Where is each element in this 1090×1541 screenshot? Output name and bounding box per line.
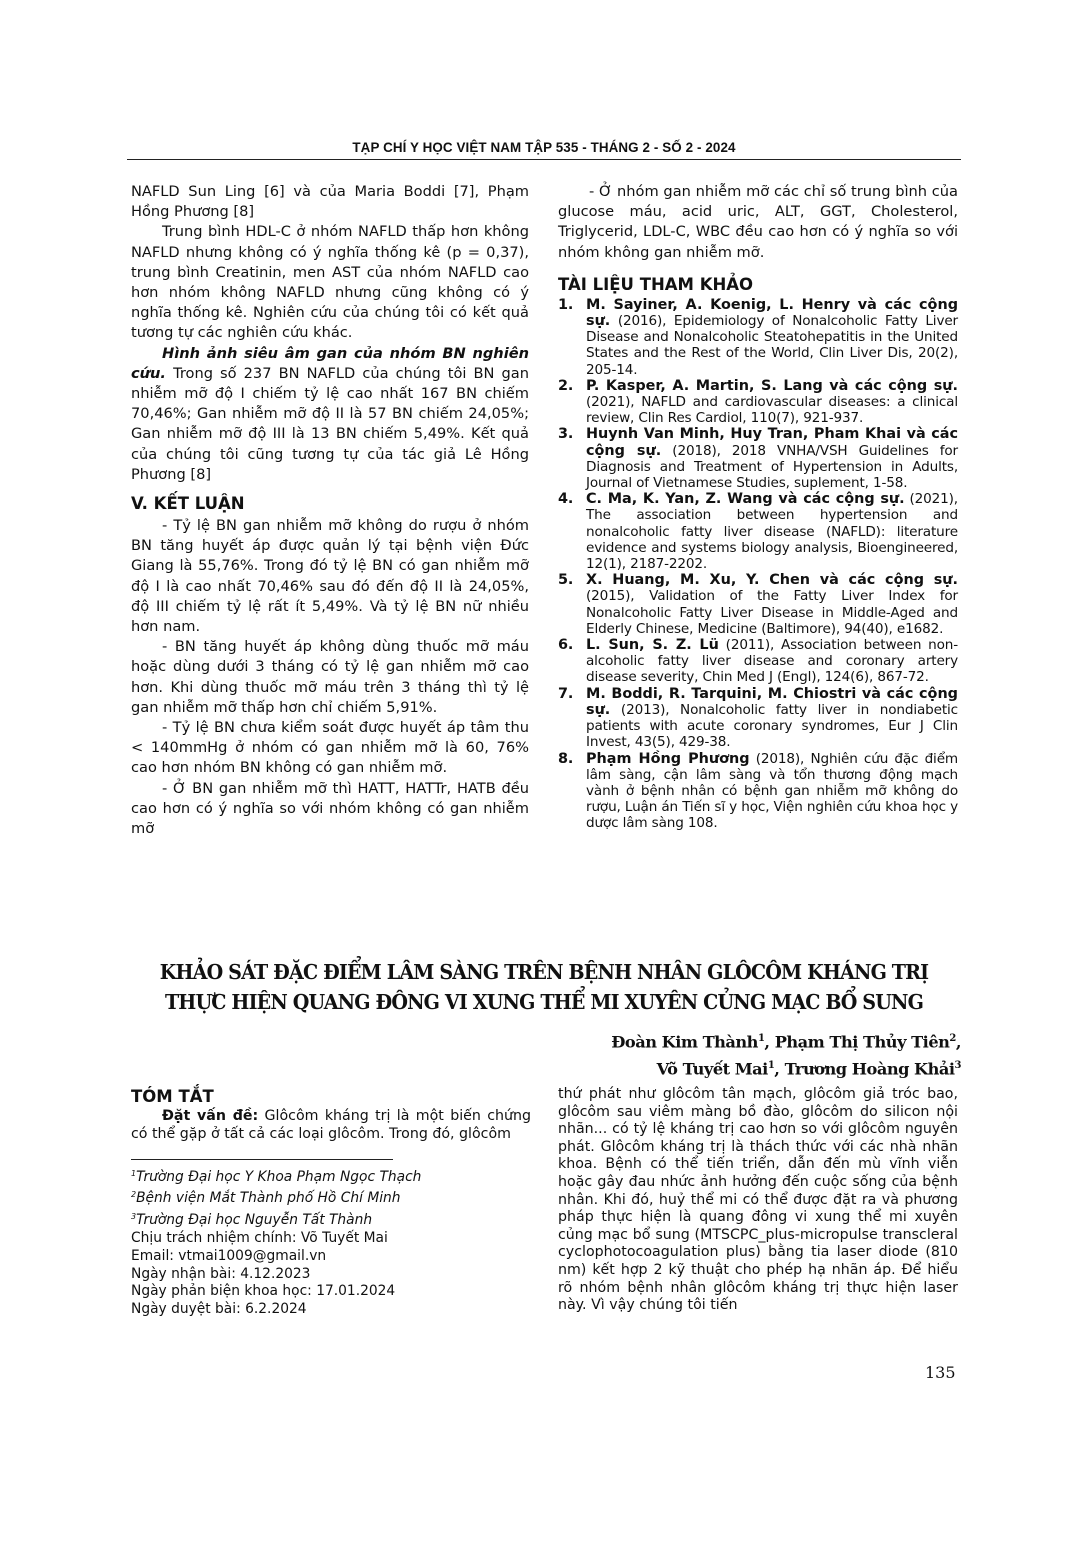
reference-item: 3.Huynh Van Minh, Huy Tran, Pham Khai và… [558,426,958,491]
reference-item: 1.M. Sayiner, A. Koenig, L. Henry và các… [558,297,958,378]
reference-number: 3. [558,426,573,442]
article-title-line: KHẢO SÁT ĐẶC ĐIỂM LÂM SÀNG TRÊN BỆNH NHÂ… [156,957,932,987]
reference-authors: P. Kasper, A. Martin, S. Lang và các cộn… [586,378,958,394]
author-separator: , [956,1032,961,1051]
abstract-paragraph: Đặt vấn đề: Glôcôm kháng trị là một biến… [131,1108,531,1144]
reference-details: (2016), Epidemiology of Nonalcoholic Fat… [586,313,958,378]
conclusion-item: - Ở BN gan nhiễm mỡ thì HATT, HATTr, HAT… [131,779,529,840]
reference-number: 2. [558,378,573,394]
conclusion-item: - Tỷ lệ BN chưa kiểm soát được huyết áp … [131,718,529,779]
article-title-line: THỰC HIỆN QUANG ĐÔNG VI XUNG THỂ MI XUYÊ… [156,987,932,1017]
reference-number: 7. [558,686,573,702]
abstract-paragraph: thứ phát như glôcôm tân mạch, glôcôm giả… [558,1086,958,1315]
received-date: Ngày nhận bài: 4.12.2023 [131,1266,531,1284]
reference-number: 4. [558,491,573,507]
footnotes: 1Trường Đại học Y Khoa Phạm Ngọc Thạch 2… [131,1165,531,1319]
accepted-date: Ngày duyệt bài: 6.2.2024 [131,1301,531,1319]
right-column: - Ở nhóm gan nhiễm mỡ các chỉ số trung b… [558,182,958,832]
reference-authors: L. Sun, S. Z. Lü [586,637,719,653]
review-date: Ngày phản biện khoa học: 17.01.2024 [131,1283,531,1301]
corresponding-author: Chịu trách nhiệm chính: Võ Tuyết Mai [131,1230,531,1248]
abstract-heading: TÓM TẮT [131,1087,531,1107]
reference-item: 4.C. Ma, K. Yan, Z. Wang và các cộng sự.… [558,491,958,572]
conclusion-item: - BN tăng huyết áp không dùng thuốc mỡ m… [131,637,529,718]
reference-authors: X. Huang, M. Xu, Y. Chen và các cộng sự. [586,572,958,588]
affiliation-marker: 3 [955,1060,961,1071]
author-line: Võ Tuyết Mai1, Trương Hoàng Khải3 [611,1054,961,1081]
paragraph: NAFLD Sun Ling [6] và của Maria Boddi [7… [131,182,529,222]
conclusion-item: - Tỷ lệ BN gan nhiễm mỡ không do rượu ở … [131,516,529,637]
author-name: Đoàn Kim Thành [611,1032,758,1051]
reference-item: 8.Phạm Hồng Phương (2018), Nghiên cứu đặ… [558,751,958,832]
reference-list: 1.M. Sayiner, A. Koenig, L. Henry và các… [558,297,958,832]
affiliation-1: 1Trường Đại học Y Khoa Phạm Ngọc Thạch [131,1165,531,1187]
paragraph-body: Trong số 237 BN NAFLD của chúng tôi BN g… [131,365,529,483]
author-list: Đoàn Kim Thành1, Phạm Thị Thủy Tiên2, Võ… [611,1027,961,1082]
author-separator: , [774,1060,784,1079]
author-name: Võ Tuyết Mai [657,1060,768,1079]
reference-number: 5. [558,572,573,588]
reference-authors: C. Ma, K. Yan, Z. Wang và các cộng sự. [586,491,905,507]
author-name: Phạm Thị Thủy Tiên [775,1032,950,1051]
reference-item: 2.P. Kasper, A. Martin, S. Lang và các c… [558,378,958,427]
paragraph: Trung bình HDL-C ở nhóm NAFLD thấp hơn k… [131,222,529,343]
abstract-right-column: thứ phát như glôcôm tân mạch, glôcôm giả… [558,1086,958,1315]
paragraph: Hình ảnh siêu âm gan của nhóm BN nghiên … [131,344,529,485]
conclusion-item: - Ở nhóm gan nhiễm mỡ các chỉ số trung b… [558,182,958,263]
affiliation-2: 2Bệnh viện Mắt Thành phố Hồ Chí Minh [131,1186,531,1208]
journal-page: TẠP CHÍ Y HỌC VIỆT NAM TẬP 535 - THÁNG 2… [0,0,1090,1541]
section-heading-conclusion: V. KẾT LUẬN [131,494,529,514]
author-line: Đoàn Kim Thành1, Phạm Thị Thủy Tiên2, [611,1027,961,1054]
reference-number: 1. [558,297,573,313]
abstract-lead: Đặt vấn đề: [162,1108,258,1124]
page-number: 135 [925,1363,956,1382]
left-column: NAFLD Sun Ling [6] và của Maria Boddi [7… [131,182,529,839]
affiliation-3: 3Trường Đại học Nguyễn Tất Thành [131,1208,531,1230]
article-title: KHẢO SÁT ĐẶC ĐIỂM LÂM SÀNG TRÊN BỆNH NHÂ… [156,957,932,1017]
reference-number: 6. [558,637,573,653]
reference-item: 5.X. Huang, M. Xu, Y. Chen và các cộng s… [558,572,958,637]
reference-details: (2021), NAFLD and cardiovascular disease… [586,394,958,426]
author-separator: , [764,1032,774,1051]
reference-item: 6.L. Sun, S. Z. Lü (2011), Association b… [558,637,958,686]
reference-details: (2013), Nonalcoholic fatty liver in nond… [586,702,958,750]
reference-authors: Phạm Hồng Phương [586,751,750,767]
section-heading-references: TÀI LIỆU THAM KHẢO [558,275,958,295]
running-header: TẠP CHÍ Y HỌC VIỆT NAM TẬP 535 - THÁNG 2… [127,140,961,160]
email: Email: vtmai1009@gmail.vn [131,1248,531,1266]
abstract-left-column: TÓM TẮT Đặt vấn đề: Glôcôm kháng trị là … [131,1087,531,1319]
reference-number: 8. [558,751,573,767]
author-name: Trương Hoàng Khải [785,1060,955,1079]
footnote-divider [131,1159,393,1160]
reference-details: (2015), Validation of the Fatty Liver In… [586,588,958,636]
reference-item: 7.M. Boddi, R. Tarquini, M. Chiostri và … [558,686,958,751]
